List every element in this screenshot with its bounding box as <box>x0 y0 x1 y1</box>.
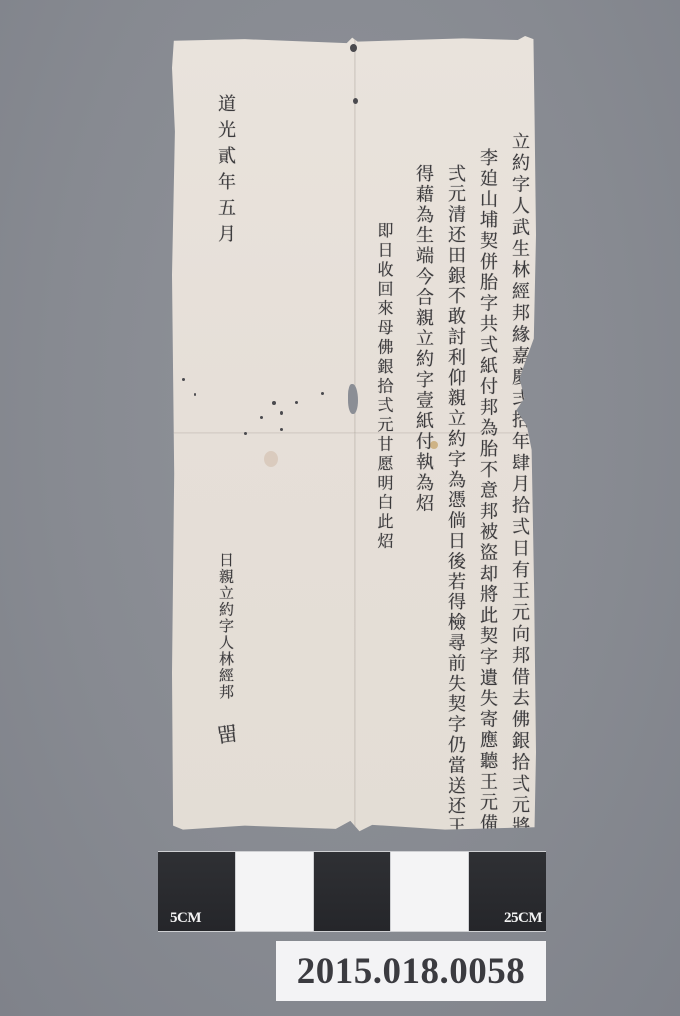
signatory-column: 日親立約字人林經邦 <box>218 552 233 701</box>
scale-segment-black: 5CM <box>158 852 236 931</box>
ink-speck <box>244 432 247 435</box>
ink-speck <box>280 411 283 415</box>
ink-speck <box>280 428 283 431</box>
contract-body-column-2: 李廹山埔契併胎字共弍紙付邦為胎不意邦被盜却將此契字遺失寄應聽王元備銀拾 <box>478 148 496 876</box>
ink-speck <box>194 393 196 396</box>
ink-speck <box>295 401 298 404</box>
ink-speck <box>260 416 263 419</box>
scale-segment-black <box>314 852 392 931</box>
ink-speck <box>321 392 324 395</box>
contract-body-column-1: 立約字人武生林經邦緣嘉慶弍拾年肆月拾弍日有王元向邦借去佛銀拾弍元將伊所執 <box>510 132 528 902</box>
scale-segment-white <box>236 852 314 931</box>
vertical-fold-line <box>354 36 356 832</box>
contract-body-column-3: 弍元清还田銀不敢討利仰親立約字為憑倘日後若得檢尋前失契字仍當送还王元不 <box>446 164 464 878</box>
accession-number-label: 2015.018.0058 <box>276 941 546 1001</box>
contract-date-column: 道光貳年五月 <box>216 94 234 250</box>
ink-speck <box>350 44 357 52</box>
ink-speck <box>182 378 185 381</box>
ink-speck <box>353 98 358 104</box>
contract-document: 立約字人武生林經邦緣嘉慶弍拾年肆月拾弍日有王元向邦借去佛銀拾弍元將伊所執 李廹山… <box>172 36 536 832</box>
scale-segment-black: 25CM <box>469 852 546 931</box>
contract-receipt-column: 即日收回來母佛銀拾弍元甘愿明白此炤 <box>376 222 392 552</box>
measurement-scale-bar: 5CM 25CM <box>158 851 546 932</box>
stain-spot <box>264 451 278 467</box>
contract-body-column-4: 得藉為生端今合親立約字壹紙付執為炤 <box>414 164 432 514</box>
scale-label-5cm: 5CM <box>170 910 201 927</box>
paper-tear-hole <box>348 384 358 414</box>
scale-segment-white <box>391 852 469 931</box>
scale-label-25cm: 25CM <box>504 910 542 927</box>
signature-mark: 㽞 <box>214 723 237 749</box>
ink-speck <box>272 401 276 405</box>
